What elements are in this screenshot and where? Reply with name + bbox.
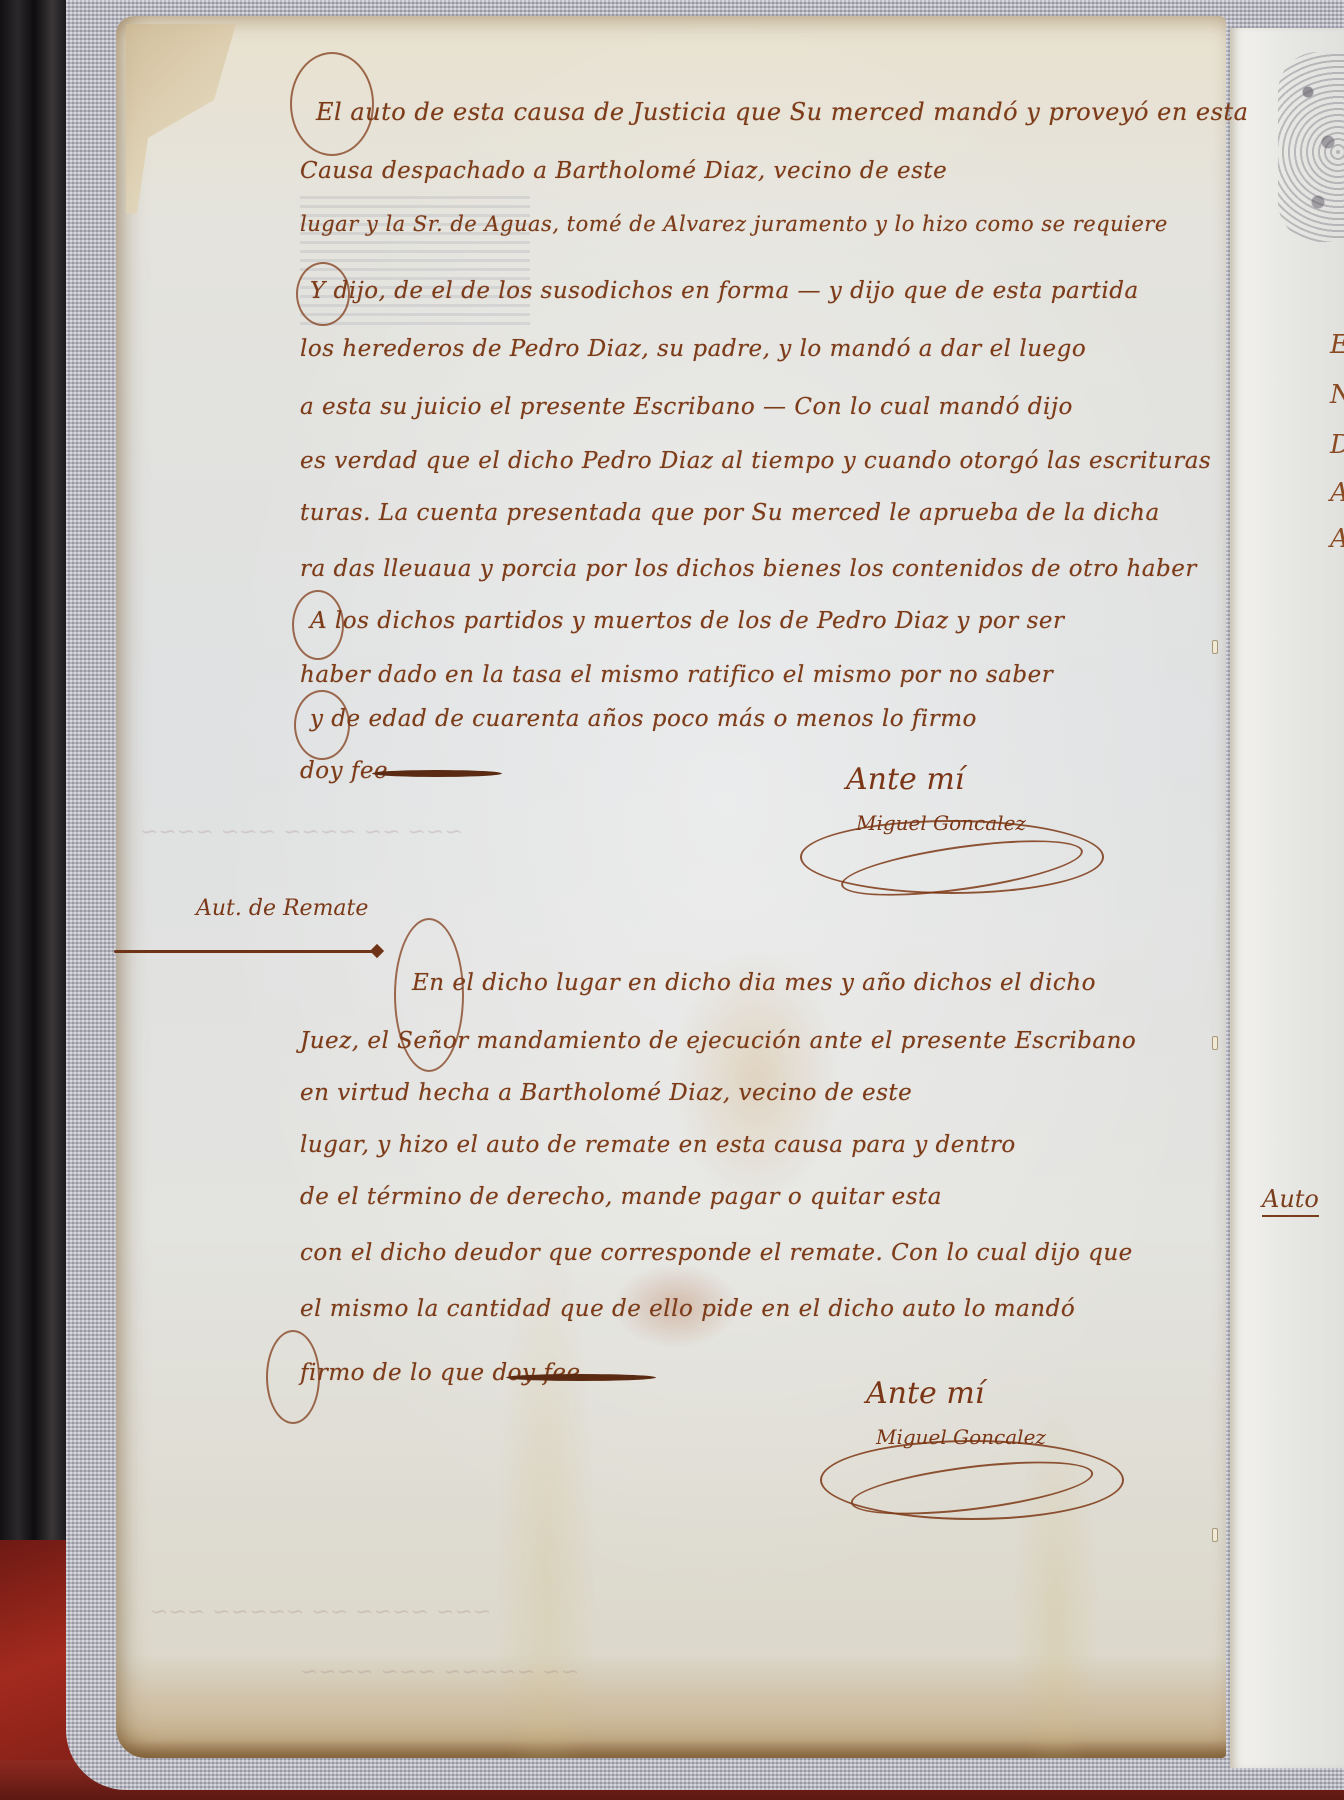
- manuscript-line: Juez, el Señor mandamiento de ejecución …: [300, 1028, 1136, 1054]
- margin-rule: [114, 950, 376, 953]
- manuscript-line: lugar y la Sr. de Aguas, tomé de Alvarez…: [300, 212, 1168, 236]
- binding-stitch: [1212, 1528, 1218, 1542]
- manuscript-line: a esta su juicio el presente Escribano —…: [300, 394, 1073, 420]
- facing-page-letter: A: [1330, 478, 1344, 508]
- manuscript-line: doy fee: [300, 758, 388, 784]
- bleed-through-text: ~~ ~~~~~ ~~~ ~~~~: [300, 1660, 579, 1685]
- margin-note: Aut. de Remate: [196, 896, 368, 921]
- manuscript-line: A los dichos partidos y muertos de los d…: [310, 608, 1065, 634]
- stamp-ornament-icon: [1278, 52, 1344, 242]
- manuscript-line: y de edad de cuarenta años poco más o me…: [310, 706, 977, 732]
- photo-scene: E N D A A Auto ~~~ ~~ ~~~~ ~~~ ~~~~ ~~~ …: [0, 0, 1344, 1800]
- manuscript-line: turas. La cuenta presentada que por Su m…: [300, 500, 1160, 526]
- signature-title: Ante mí: [866, 1376, 984, 1411]
- manuscript-line: ra das lleuaua y porcia por los dichos b…: [300, 556, 1197, 582]
- manuscript-line: Causa despachado a Bartholomé Diaz, veci…: [300, 158, 947, 184]
- manuscript-line: en virtud hecha a Bartholomé Diaz, vecin…: [300, 1080, 912, 1106]
- facing-page: [1230, 28, 1344, 1768]
- facing-page-heading: Auto: [1262, 1185, 1319, 1217]
- facing-page-letter: D: [1330, 430, 1344, 460]
- bleed-through-text: ~~~ ~~~~ ~~ ~~~~~ ~~~: [150, 1600, 491, 1625]
- bleed-through-text: ~~~ ~~ ~~~~ ~~~ ~~~~: [140, 820, 463, 845]
- facing-page-letter: N: [1330, 380, 1344, 410]
- manuscript-line: En el dicho lugar en dicho dia mes y año…: [412, 970, 1096, 996]
- signature-title: Ante mí: [846, 762, 964, 797]
- manuscript-line: es verdad que el dicho Pedro Diaz al tie…: [300, 448, 1211, 474]
- closing-stroke: [506, 1374, 656, 1381]
- manuscript-line: de el término de derecho, mande pagar o …: [300, 1184, 942, 1210]
- binding-stitch: [1212, 1036, 1218, 1050]
- manuscript-line: el mismo la cantidad que de ello pide en…: [300, 1296, 1075, 1322]
- facing-page-letter: E: [1330, 330, 1344, 360]
- manuscript-line: El auto de esta causa de Justicia que Su…: [316, 98, 1248, 126]
- closing-stroke: [372, 770, 502, 777]
- manuscript-line: lugar, y hizo el auto de remate en esta …: [300, 1132, 1016, 1158]
- manuscript-line: firmo de lo que doy fee: [300, 1360, 581, 1386]
- manuscript-line: los herederos de Pedro Diaz, su padre, y…: [300, 336, 1086, 362]
- binding-stitch: [1212, 640, 1218, 654]
- manuscript-line: con el dicho deudor que corresponde el r…: [300, 1240, 1133, 1266]
- signature-block: Ante mí Miguel Goncalez: [866, 1376, 1046, 1449]
- facing-page-letter: A: [1330, 524, 1344, 554]
- manuscript-line: haber dado en la tasa el mismo ratifico …: [300, 662, 1053, 688]
- manuscript-line: Y dijo, de el de los susodichos en forma…: [310, 278, 1139, 304]
